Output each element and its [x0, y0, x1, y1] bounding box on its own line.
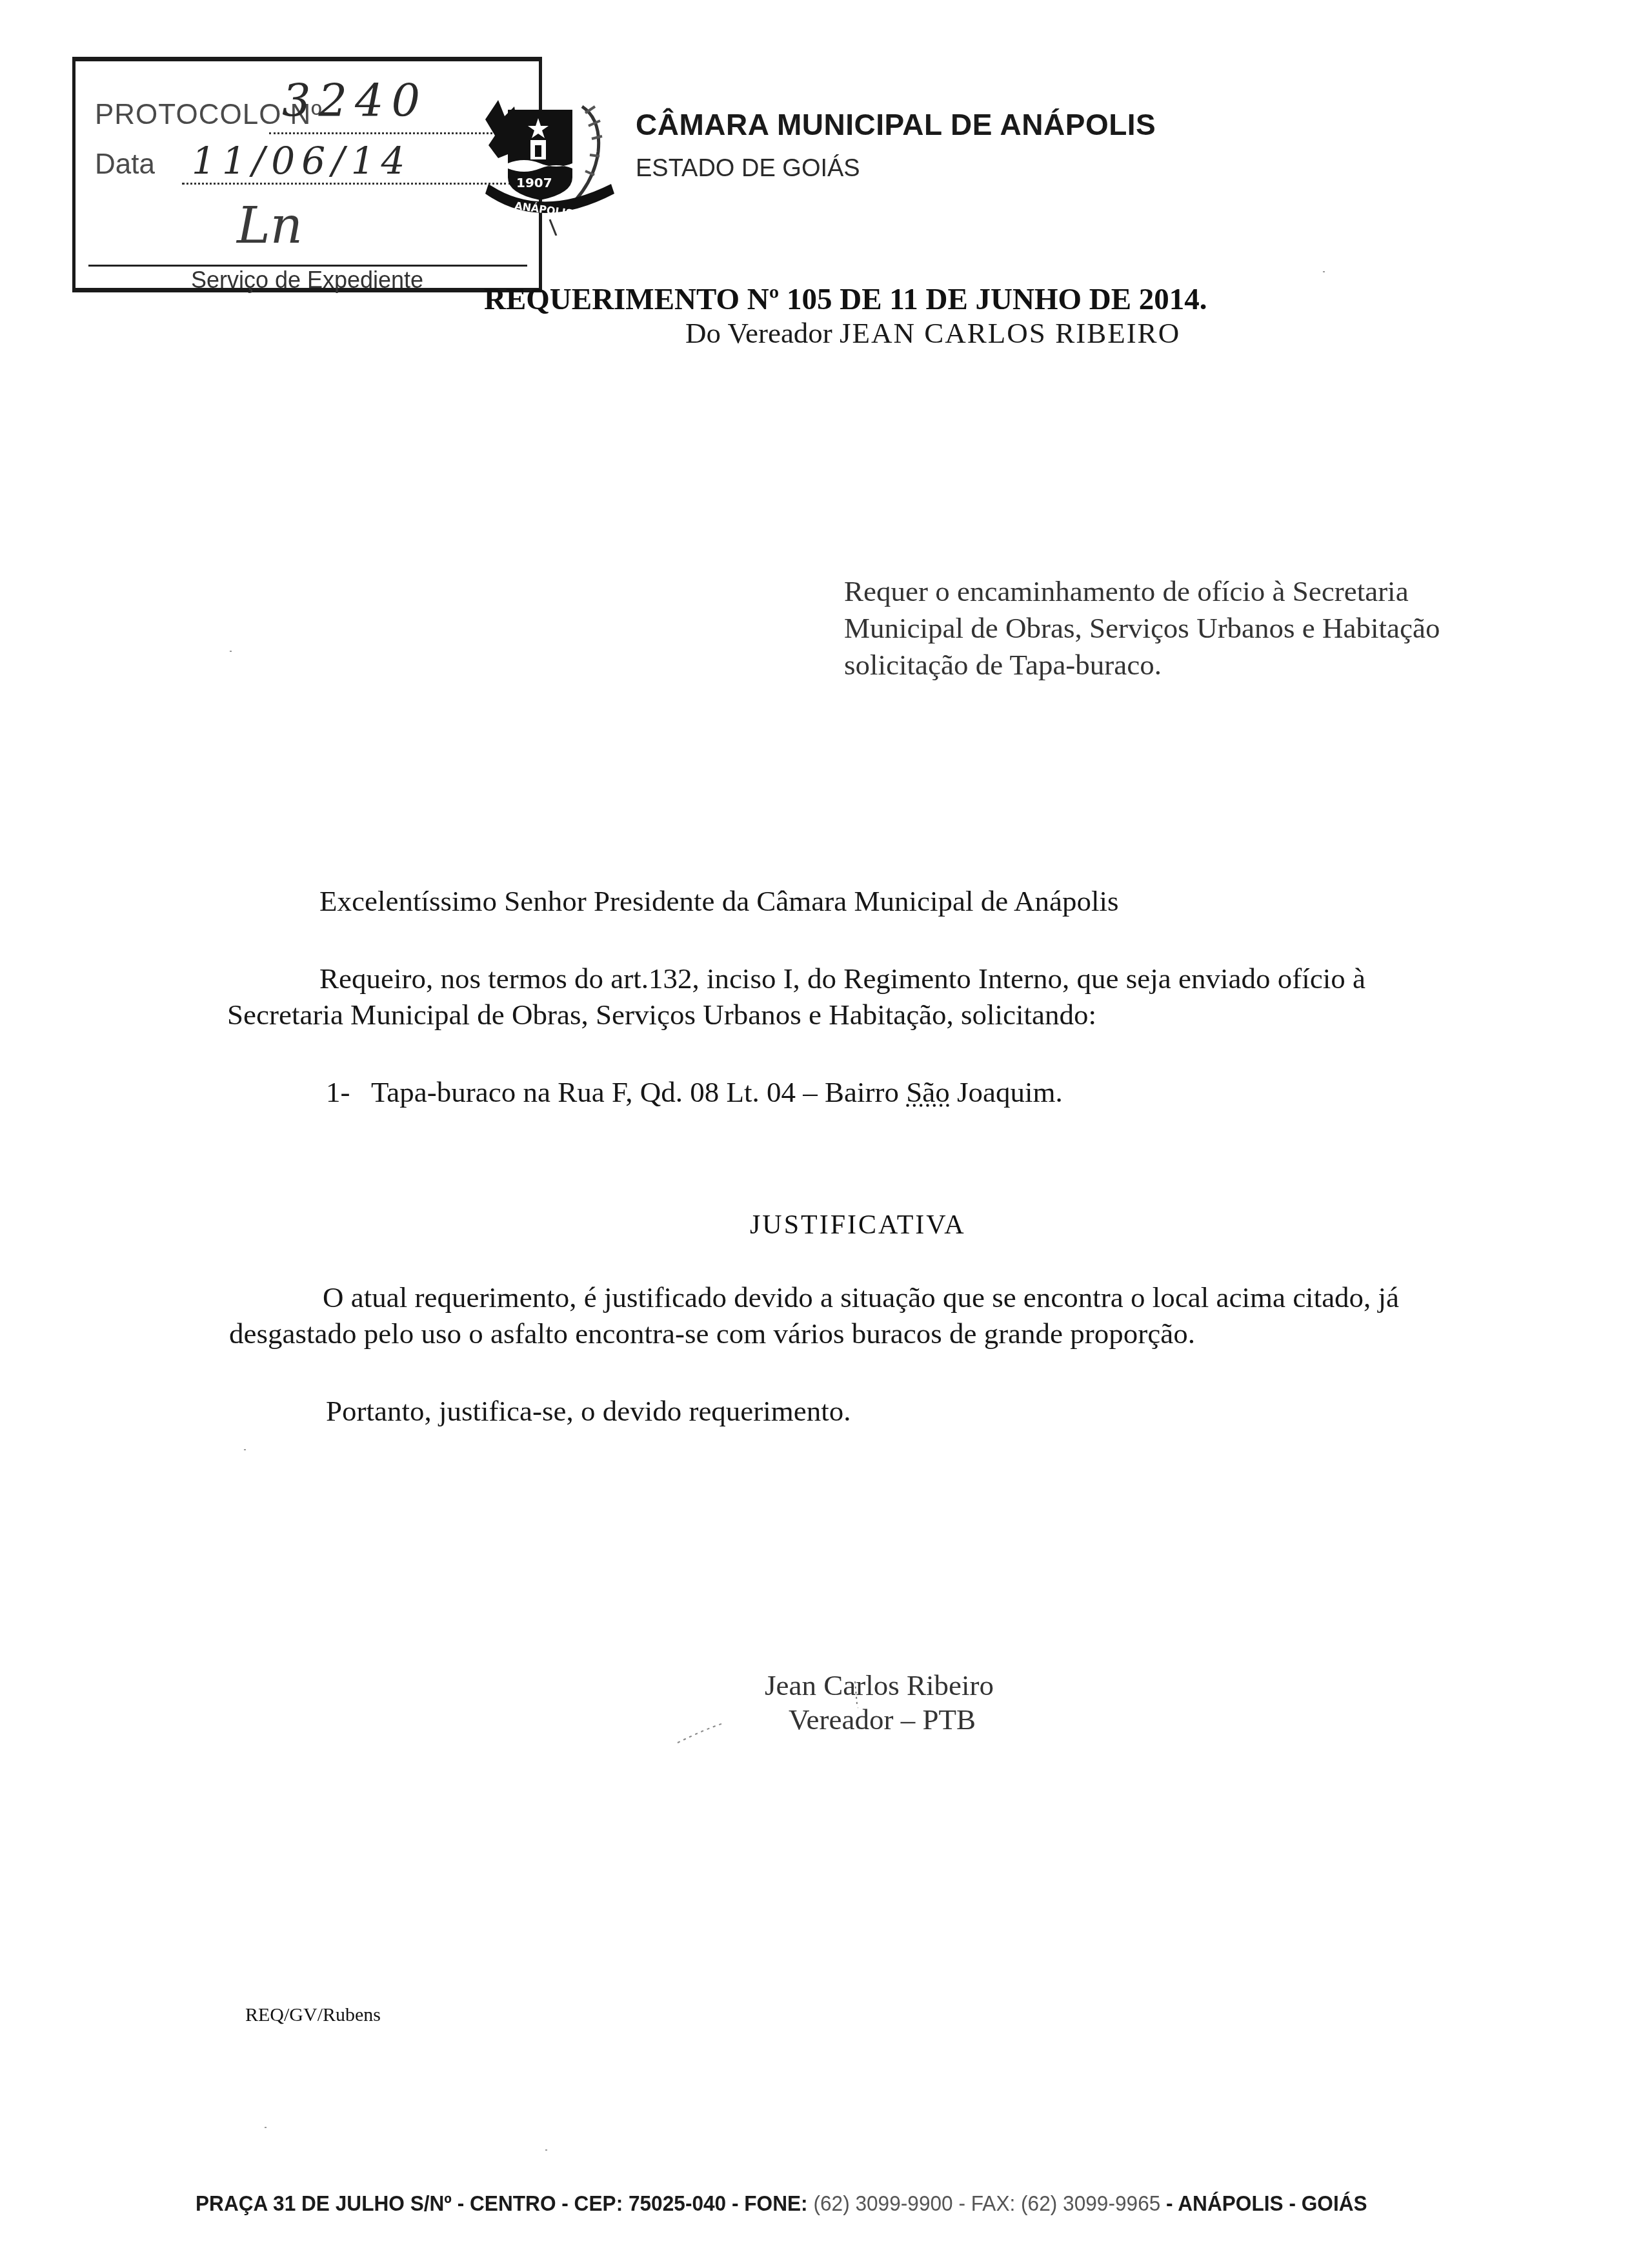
author-name: JEAN CARLOS RIBEIRO [840, 317, 1180, 349]
request-paragraph-line: Secretaria Municipal de Obras, Serviços … [227, 998, 1096, 1031]
ementa-line: solicitação de Tapa-buraco. [844, 647, 1541, 684]
stamp-initials: Ln [237, 197, 303, 255]
justification-heading: JUSTIFICATIVA [750, 1210, 966, 1241]
item-text: Tapa-buraco na Rua F, Qd. 08 Lt. 04 – Ba… [371, 1076, 906, 1108]
justification-line: desgastado pelo uso o asfalto encontra-s… [229, 1317, 1195, 1350]
item-number: 1- [326, 1075, 371, 1109]
scan-speck [1323, 271, 1325, 272]
institution-name: CÂMARA MUNICIPAL DE ANÁPOLIS [636, 107, 1156, 142]
item-text-underlined: São [906, 1076, 950, 1108]
svg-text:1907: 1907 [516, 175, 552, 190]
scan-speck [244, 1449, 246, 1450]
summary-ementa: Requer o encaminhamento de ofício à Secr… [844, 573, 1541, 684]
ementa-line: Municipal de Obras, Serviços Urbanos e H… [844, 610, 1541, 647]
salutation: Excelentíssimo Senhor Presidente da Câma… [319, 884, 1118, 918]
date-label: Data [95, 148, 155, 181]
author-prefix: Do Vereador [685, 317, 832, 349]
item-text: Joaquim. [950, 1076, 1063, 1108]
request-paragraph-line: Requeiro, nos termos do art.132, inciso … [319, 962, 1365, 995]
signatory-role: Vereador – PTB [789, 1703, 976, 1736]
footer-address: PRAÇA 31 DE JULHO S/Nº - CENTRO - CEP: 7… [196, 2191, 1367, 2217]
footer-city-state: - ANÁPOLIS - GOIÁS [1166, 2191, 1367, 2216]
footer-address-main: PRAÇA 31 DE JULHO S/Nº - CENTRO - CEP: 7… [196, 2191, 808, 2216]
document-title: REQUERIMENTO Nº 105 DE 11 DE JUNHO DE 20… [484, 282, 1207, 317]
protocol-stamp: PROTOCOLO Nº 3240 Data 11/06/14 Ln Servi… [72, 57, 542, 292]
reference-code: REQ/GV/Rubens [245, 2004, 381, 2026]
scan-speck [265, 2127, 267, 2128]
scan-speck [545, 2149, 547, 2151]
coat-of-arms-icon: 1907 ANÁPOLIS [479, 81, 627, 236]
institution-state: ESTADO DE GOIÁS [636, 155, 860, 183]
scan-speck [230, 651, 232, 652]
protocol-number: 3240 [282, 74, 428, 127]
justification-line: O atual requerimento, é justificado devi… [323, 1281, 1399, 1314]
document-author: Do Vereador JEAN CARLOS RIBEIRO [685, 316, 1180, 350]
request-item: 1-Tapa-buraco na Rua F, Qd. 08 Lt. 04 – … [326, 1075, 1063, 1109]
footer-phone-fax: (62) 3099-9900 - FAX: (62) 3099-9965 [808, 2191, 1166, 2216]
signatory-name: Jean Carlos Ribeiro [765, 1669, 994, 1702]
date-underline [182, 183, 511, 185]
justification-closing: Portanto, justifica-se, o devido requeri… [326, 1394, 851, 1428]
ementa-line: Requer o encaminhamento de ofício à Secr… [844, 573, 1541, 610]
date-value: 11/06/14 [192, 139, 412, 183]
department-label: Serviço de Expediente [76, 267, 539, 294]
